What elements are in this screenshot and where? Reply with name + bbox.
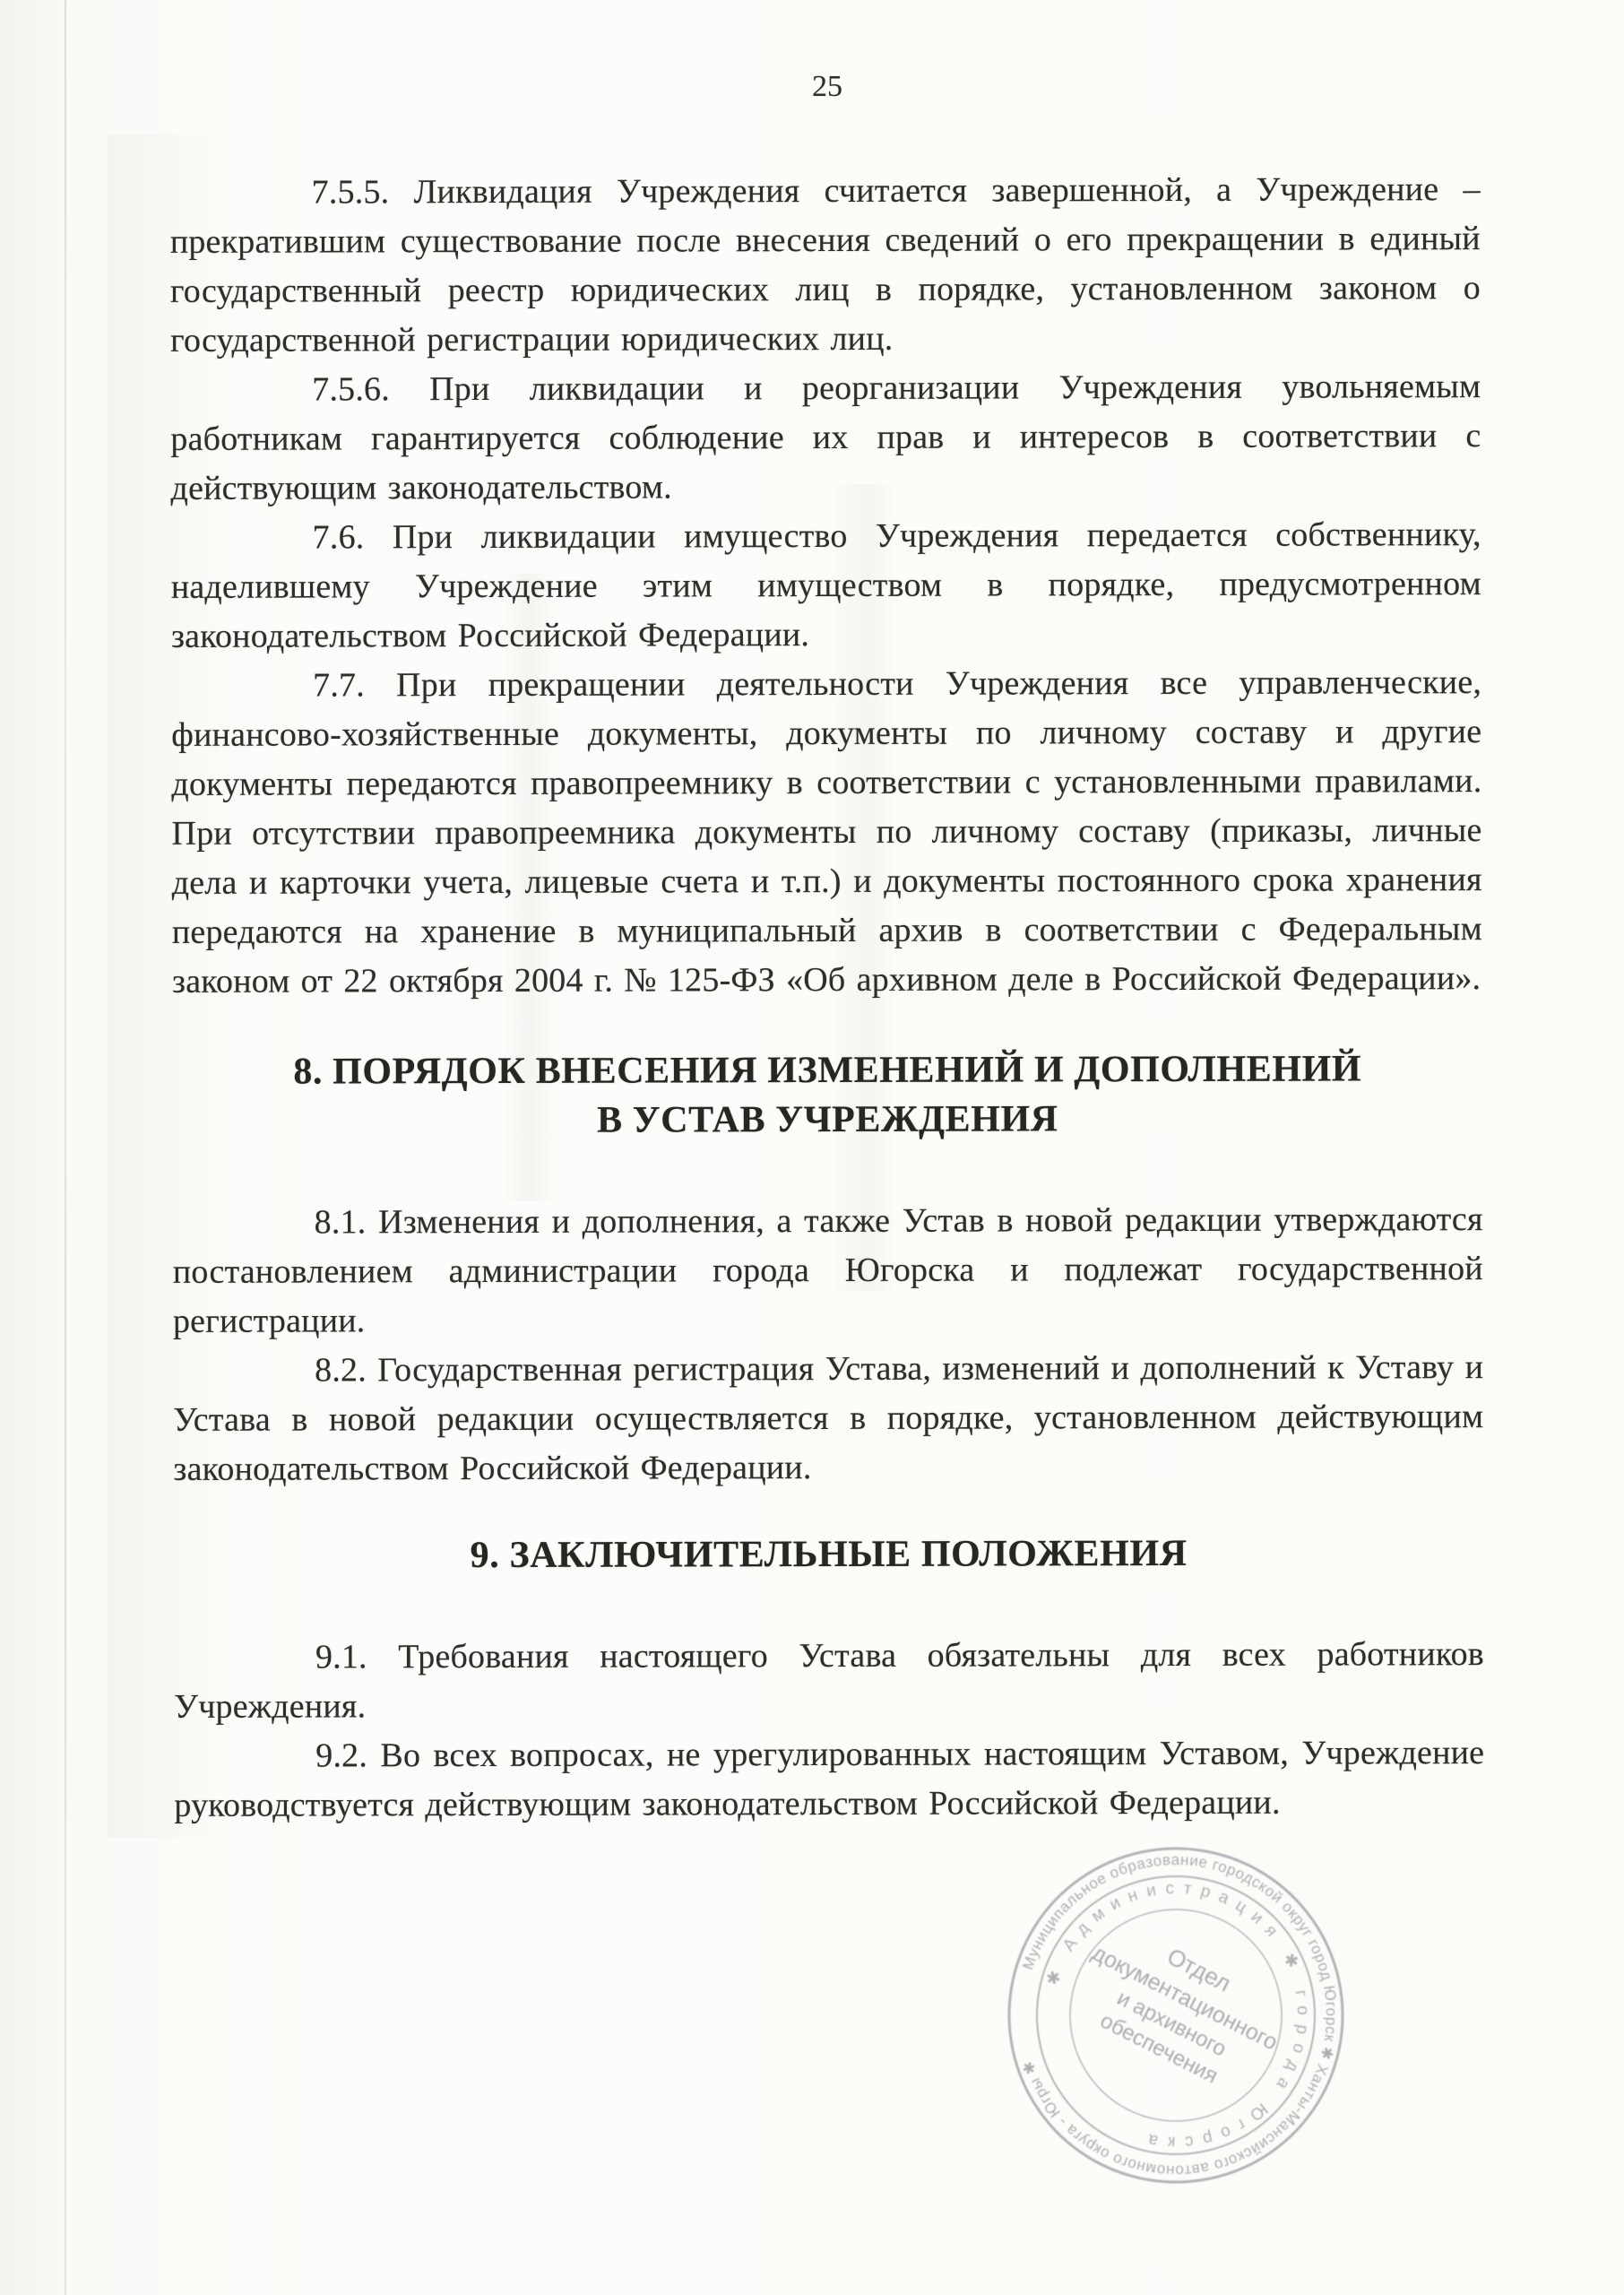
document-body: 7.5.5. Ликвидация Учреждения считается з… <box>170 165 1485 1831</box>
scan-artifact-vertical-line <box>65 0 66 2295</box>
official-round-stamp: Муниципальное образование городской окру… <box>968 1807 1383 2222</box>
paragraph-9-2: 9.2. Во всех вопросах, не урегулированны… <box>174 1728 1484 1831</box>
page-number: 25 <box>172 70 1482 104</box>
paragraph-7-7: 7.7. При прекращении деятельности Учрежд… <box>171 658 1482 1007</box>
section-8-heading-line-1: 8. ПОРЯДОК ВНЕСЕНИЯ ИЗМЕНЕНИЙ И ДОПОЛНЕН… <box>172 1044 1482 1097</box>
section-8-heading-line-2: В УСТАВ УЧРЕЖДЕНИЯ <box>172 1094 1482 1147</box>
scanned-document-page: 25 7.5.5. Ликвидация Учреждения считаетс… <box>0 0 1624 2295</box>
stamp-graphic: Муниципальное образование городской окру… <box>968 1807 1383 2222</box>
paragraph-7-6: 7.6. При ликвидации имущество Учреждения… <box>171 510 1481 662</box>
stamp-center-text: Отдел документационного и архивного обес… <box>1062 1911 1296 2106</box>
paragraph-9-1: 9.1. Требования настоящего Устава обязат… <box>174 1630 1484 1732</box>
paragraph-8-2: 8.2. Государственная регистрация Устава,… <box>173 1343 1483 1494</box>
paragraph-7-5-6: 7.5.6. При ликвидации и реорганизации Уч… <box>170 362 1481 514</box>
section-9-heading: 9. ЗАКЛЮЧИТЕЛЬНЫЕ ПОЛОЖЕНИЯ <box>174 1529 1484 1581</box>
paragraph-7-5-5: 7.5.5. Ликвидация Учреждения считается з… <box>170 165 1481 366</box>
section-8-heading: 8. ПОРЯДОК ВНЕСЕНИЯ ИЗМЕНЕНИЙ И ДОПОЛНЕН… <box>172 1044 1482 1147</box>
paragraph-8-1: 8.1. Изменения и дополнения, а также Уст… <box>173 1195 1483 1347</box>
